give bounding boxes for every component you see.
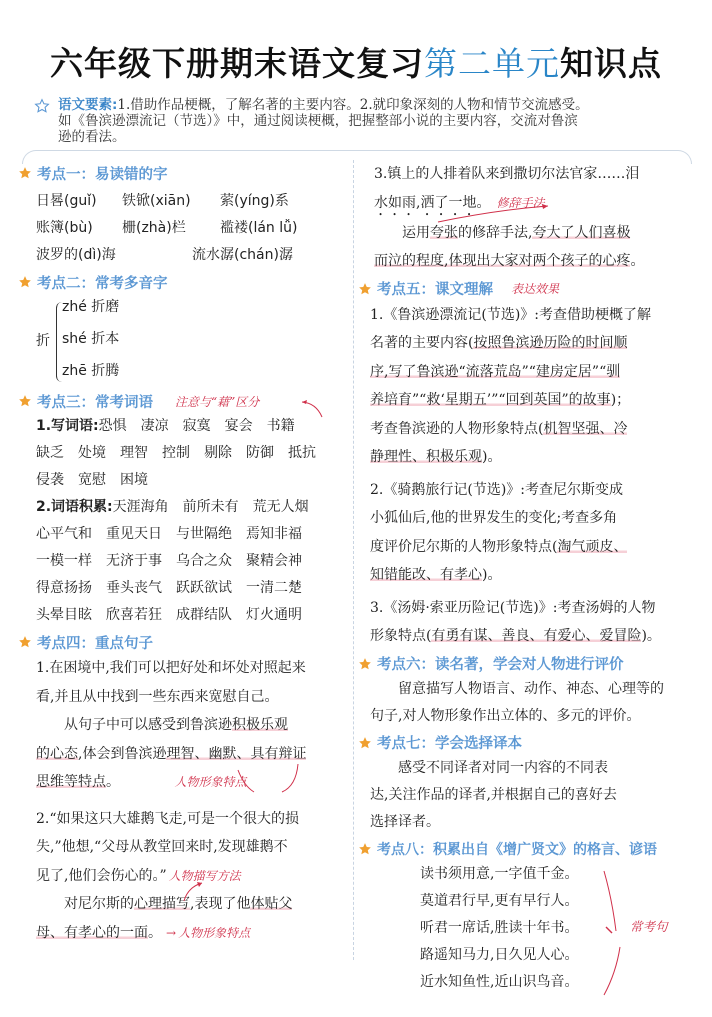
annotation-arrow-icon — [602, 869, 632, 999]
text-understanding: 1.《鲁滨逊漂流记(节选)》:考查借助梗概了解 名著的主要内容(按照鲁滨逊历险的… — [356, 301, 674, 651]
annotation-note: 表达效果 — [511, 280, 559, 297]
word-row: 波罗的(dì)海 流水潺(chán)潺 — [36, 242, 348, 269]
section-heading-8: 考点八：积累出自《增广贤文》的格言、谚语 — [358, 837, 674, 861]
star-icon — [358, 842, 372, 856]
proverb: 近水知鱼性,近山识鸟音。 — [420, 969, 674, 996]
key-sentence-1: 1.在困境中,我们可以把好处和坏处对照起来 看,并且从中找到一些东西来宽慰自己。… — [18, 654, 348, 797]
section-heading-3: 考点三：常考词语 注意与“藉”区分 — [18, 389, 348, 413]
key-sentence-2: 2.“如果这只大雄鹅飞走,可是一个很大的损 失,”他想,“父母从教堂回来时,发现… — [18, 805, 348, 948]
star-icon — [358, 736, 372, 750]
star-icon — [358, 657, 372, 671]
key-sentence-3: 3.镇上的人排着队来到撒切尔法官家……泪 水如雨,洒了一地。修辞手法 运用夸张的… — [356, 160, 674, 276]
intro-label: 语文要素: — [58, 97, 117, 113]
star-icon — [358, 282, 372, 296]
title-accent: 第二单元 — [424, 44, 560, 83]
section-heading-6: 考点六：读名著，学会对人物进行评价 — [358, 652, 674, 676]
translation-choice: 感受不同译者对同一内容的不同表 达,关注作品的译者,并根据自己的喜好去 选择译者… — [356, 755, 674, 836]
section-heading-5: 考点五：课文理解 表达效果 — [358, 277, 674, 301]
title-part2: 知识点 — [560, 44, 662, 83]
page-title: 六年级下册期末语文复习第二单元知识点 — [0, 38, 712, 85]
annotation-note: 常考句 — [630, 913, 668, 940]
proverbs-list: 读书须用意,一字值千金。 莫道君行早,更有早行人。 听君一席话,胜读十年书。 路… — [356, 861, 674, 996]
proverb: 莫道君行早,更有早行人。 — [420, 888, 674, 915]
star-icon — [18, 394, 32, 408]
star-icon — [18, 275, 32, 289]
section-heading-7: 考点七：学会选择译本 — [358, 731, 674, 755]
annotation-arrow-icon — [180, 875, 210, 905]
star-outline-icon — [34, 98, 50, 114]
section-heading-2: 考点二：常考多音字 — [18, 270, 348, 294]
right-column: 3.镇上的人排着队来到撒切尔法官家……泪 水如雨,洒了一地。修辞手法 运用夸张的… — [356, 160, 674, 996]
annotation-arrow-icon — [436, 200, 556, 230]
annotation-arrow-icon — [296, 399, 326, 419]
language-elements-intro: 语文要素:1.借助作品梗概，了解名著的主要内容。2.就印象深刻的人物和情节交流感… — [36, 97, 676, 145]
intro-text-1: 1.借助作品梗概，了解名著的主要内容。2.就印象深刻的人物和情节交流感受。 — [117, 97, 588, 113]
vocabulary: 1.写词语:恐惧 凄凉 寂寞 宴会 书籍 缺乏 处境 理智 控制 剔除 防御 抵… — [18, 413, 348, 629]
misread-chars: 日晷(guǐ) 铁锨(xiān) 萦(yíng)系 账簿(bù) 栅(zhà)栏… — [18, 188, 348, 269]
proverb: 路遥知马力,日久见人心。 — [420, 942, 674, 969]
column-divider — [353, 160, 354, 960]
annotation-note: 注意与“藉”区分 — [175, 393, 259, 410]
annotation-note: 人物形象特点 — [178, 926, 250, 940]
intro-text-3: 逊的看法。 — [36, 129, 676, 145]
star-icon — [18, 635, 32, 649]
word-row: 账簿(bù) 栅(zhà)栏 褴褛(lán lǚ) — [36, 215, 348, 242]
star-icon — [18, 166, 32, 180]
annotation-arrow-icon — [218, 764, 308, 804]
proverb: 读书须用意,一字值千金。 — [420, 861, 674, 888]
character-evaluation: 留意描写人物语言、动作、神态、心理等的 句子,对人物形象作出立体的、多元的评价。 — [356, 676, 674, 730]
intro-text-2: 如《鲁滨逊漂流记（节选）》中，通过阅读梗概，把握整部小说的主要内容，交流对鲁滨 — [36, 113, 676, 129]
section-heading-4: 考点四：重点句子 — [18, 630, 348, 654]
polyphone-group: 折 zhé 折磨 shé 折本 zhē 折腾 — [18, 294, 348, 388]
section-heading-1: 考点一：易读错的字 — [18, 161, 348, 185]
title-part1: 六年级下册期末语文复习 — [50, 44, 424, 83]
left-column: 考点一：易读错的字 日晷(guǐ) 铁锨(xiān) 萦(yíng)系 账簿(b… — [18, 160, 348, 947]
word-row: 日晷(guǐ) 铁锨(xiān) 萦(yíng)系 — [36, 188, 348, 215]
